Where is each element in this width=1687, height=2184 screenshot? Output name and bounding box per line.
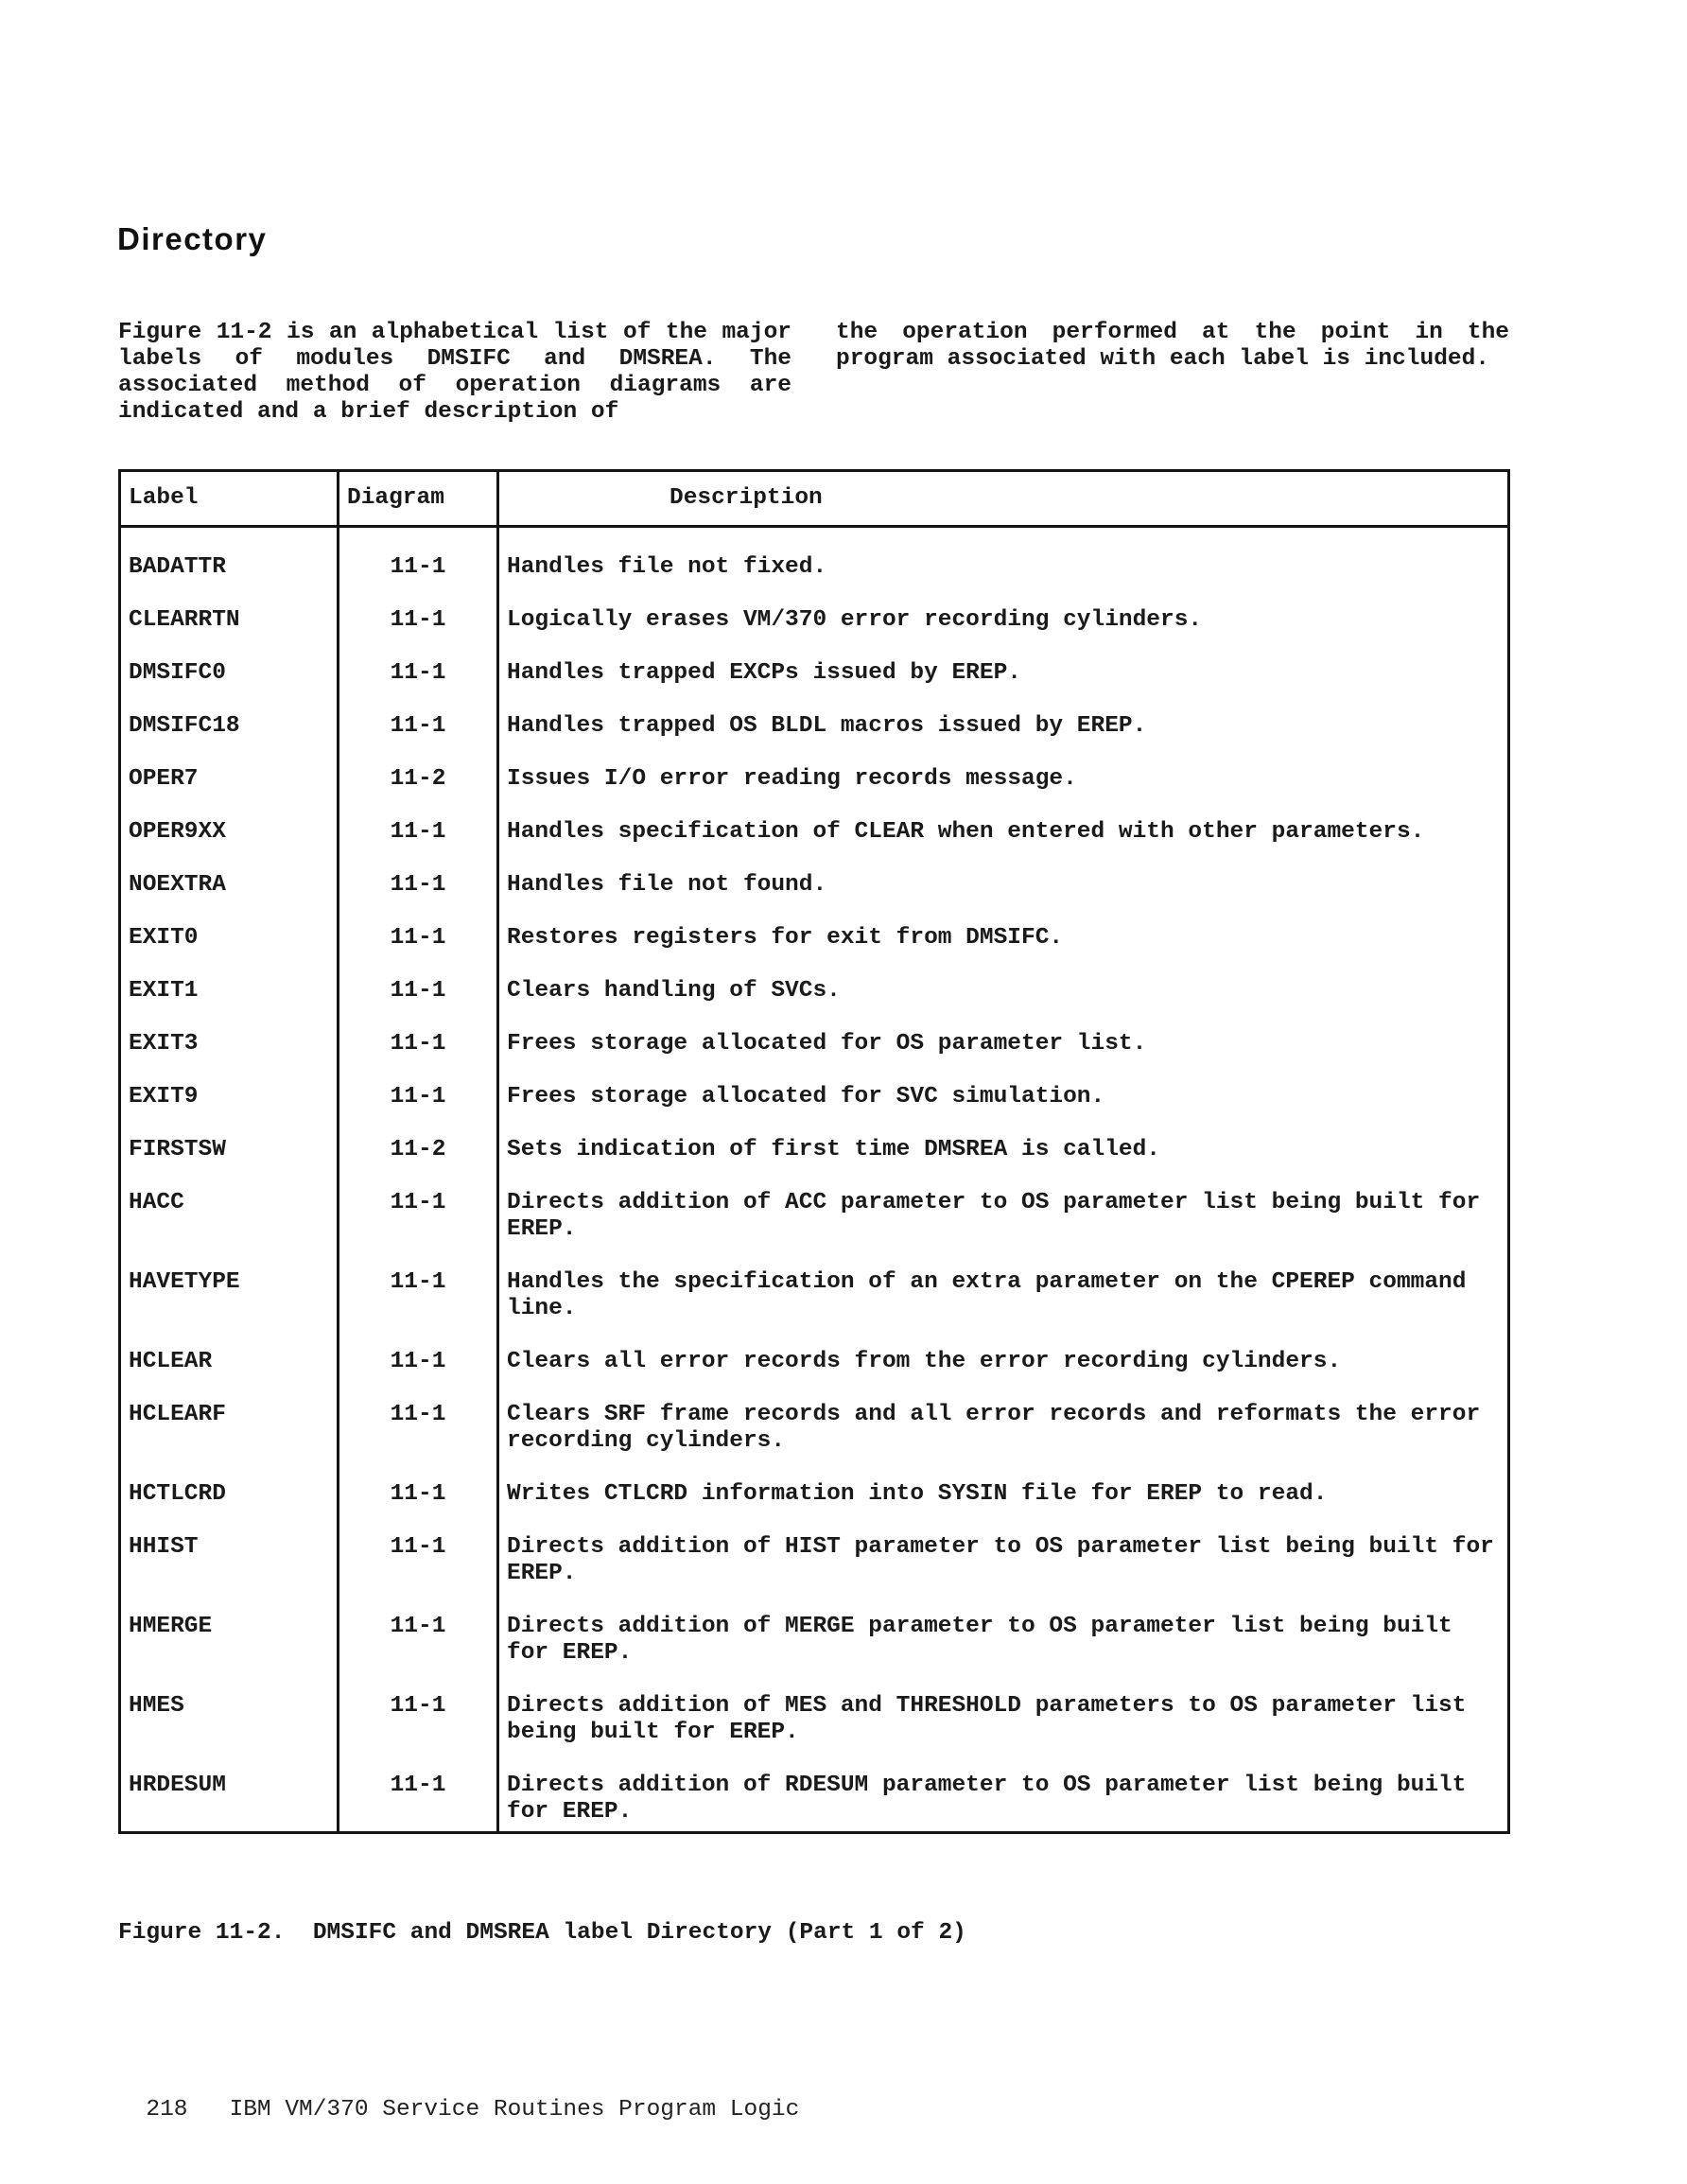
row-label: HACC <box>120 1163 339 1243</box>
page-footer: 218IBM VM/370 Service Routines Program L… <box>118 2071 799 2123</box>
row-label: EXIT1 <box>120 952 339 1005</box>
row-label: EXIT9 <box>120 1057 339 1110</box>
row-diagram: 11-1 <box>339 1005 498 1057</box>
row-diagram: 11-1 <box>339 846 498 899</box>
row-diagram: 11-2 <box>339 740 498 793</box>
row-diagram: 11-1 <box>339 1746 498 1833</box>
row-diagram: 11-1 <box>339 793 498 846</box>
table-row: EXIT111-1Clears handling of SVCs. <box>120 952 1509 1005</box>
table-row: HMERGE11-1Directs addition of MERGE para… <box>120 1587 1509 1667</box>
table-row: EXIT911-1Frees storage allocated for SVC… <box>120 1057 1509 1110</box>
row-label: HAVETYPE <box>120 1243 339 1322</box>
row-description: Handles the specification of an extra pa… <box>498 1243 1509 1322</box>
row-description: Handles trapped EXCPs issued by EREP. <box>498 634 1509 687</box>
row-label: EXIT3 <box>120 1005 339 1057</box>
table-row: HAVETYPE11-1Handles the specification of… <box>120 1243 1509 1322</box>
row-diagram: 11-1 <box>339 634 498 687</box>
row-label: HRDESUM <box>120 1746 339 1833</box>
row-label: NOEXTRA <box>120 846 339 899</box>
row-label: DMSIFC0 <box>120 634 339 687</box>
page-title: Directory <box>117 221 267 257</box>
table-row: OPER711-2Issues I/O error reading record… <box>120 740 1509 793</box>
row-diagram: 11-1 <box>339 687 498 740</box>
row-diagram: 11-1 <box>339 1508 498 1587</box>
table-row: EXIT311-1Frees storage allocated for OS … <box>120 1005 1509 1057</box>
row-description: Issues I/O error reading records message… <box>498 740 1509 793</box>
row-diagram: 11-1 <box>339 1243 498 1322</box>
table-row: CLEARRTN11-1Logically erases VM/370 erro… <box>120 581 1509 634</box>
row-label: FIRSTSW <box>120 1110 339 1163</box>
row-diagram: 11-1 <box>339 1455 498 1508</box>
row-description: Clears all error records from the error … <box>498 1322 1509 1375</box>
header-label: Label <box>120 471 339 527</box>
row-description: Frees storage allocated for OS parameter… <box>498 1005 1509 1057</box>
row-label: HHIST <box>120 1508 339 1587</box>
table-row: NOEXTRA11-1Handles file not found. <box>120 846 1509 899</box>
row-label: CLEARRTN <box>120 581 339 634</box>
page-number: 218 <box>146 2097 187 2123</box>
row-label: OPER9XX <box>120 793 339 846</box>
row-diagram: 11-1 <box>339 527 498 582</box>
row-diagram: 11-1 <box>339 1375 498 1455</box>
row-description: Logically erases VM/370 error recording … <box>498 581 1509 634</box>
book-title: IBM VM/370 Service Routines Program Logi… <box>230 2097 800 2123</box>
table-row: HACC11-1Directs addition of ACC paramete… <box>120 1163 1509 1243</box>
row-label: HCLEARF <box>120 1375 339 1455</box>
table-row: DMSIFC011-1Handles trapped EXCPs issued … <box>120 634 1509 687</box>
header-diagram: Diagram <box>339 471 498 527</box>
table-header-row: Label Diagram Description <box>120 471 1509 527</box>
table-row: BADATTR11-1Handles file not fixed. <box>120 527 1509 582</box>
row-label: EXIT0 <box>120 899 339 952</box>
intro-paragraph-right: the operation performed at the point in … <box>836 320 1509 373</box>
row-description: Handles specification of CLEAR when ente… <box>498 793 1509 846</box>
row-description: Clears handling of SVCs. <box>498 952 1509 1005</box>
table-row: HHIST11-1Directs addition of HIST parame… <box>120 1508 1509 1587</box>
row-label: HCTLCRD <box>120 1455 339 1508</box>
table-row: DMSIFC1811-1Handles trapped OS BLDL macr… <box>120 687 1509 740</box>
row-description: Directs addition of HIST parameter to OS… <box>498 1508 1509 1587</box>
row-diagram: 11-1 <box>339 952 498 1005</box>
row-diagram: 11-1 <box>339 1322 498 1375</box>
table-row: OPER9XX11-1Handles specification of CLEA… <box>120 793 1509 846</box>
header-description: Description <box>498 471 1509 527</box>
table-row: HRDESUM11-1Directs addition of RDESUM pa… <box>120 1746 1509 1833</box>
row-label: DMSIFC18 <box>120 687 339 740</box>
row-description: Handles file not fixed. <box>498 527 1509 582</box>
row-diagram: 11-1 <box>339 1163 498 1243</box>
row-description: Handles file not found. <box>498 846 1509 899</box>
row-description: Clears SRF frame records and all error r… <box>498 1375 1509 1455</box>
figure-caption: Figure 11-2. DMSIFC and DMSREA label Dir… <box>118 1920 966 1946</box>
row-label: HMES <box>120 1667 339 1746</box>
row-diagram: 11-1 <box>339 1057 498 1110</box>
row-label: OPER7 <box>120 740 339 793</box>
row-label: BADATTR <box>120 527 339 582</box>
table-row: HCTLCRD11-1Writes CTLCRD information int… <box>120 1455 1509 1508</box>
row-diagram: 11-1 <box>339 1667 498 1746</box>
row-label: HMERGE <box>120 1587 339 1667</box>
row-label: HCLEAR <box>120 1322 339 1375</box>
label-directory-table: Label Diagram Description BADATTR11-1Han… <box>118 469 1510 1834</box>
row-diagram: 11-1 <box>339 581 498 634</box>
table-body: BADATTR11-1Handles file not fixed.CLEARR… <box>120 527 1509 1833</box>
row-diagram: 11-1 <box>339 899 498 952</box>
table-row: HCLEARF11-1Clears SRF frame records and … <box>120 1375 1509 1455</box>
row-diagram: 11-1 <box>339 1587 498 1667</box>
table-row: EXIT011-1Restores registers for exit fro… <box>120 899 1509 952</box>
row-diagram: 11-2 <box>339 1110 498 1163</box>
row-description: Frees storage allocated for SVC simulati… <box>498 1057 1509 1110</box>
row-description: Directs addition of MES and THRESHOLD pa… <box>498 1667 1509 1746</box>
table-row: HMES11-1Directs addition of MES and THRE… <box>120 1667 1509 1746</box>
row-description: Handles trapped OS BLDL macros issued by… <box>498 687 1509 740</box>
intro-paragraph-left: Figure 11-2 is an alphabetical list of t… <box>118 320 791 426</box>
row-description: Sets indication of first time DMSREA is … <box>498 1110 1509 1163</box>
row-description: Directs addition of RDESUM parameter to … <box>498 1746 1509 1833</box>
row-description: Directs addition of ACC parameter to OS … <box>498 1163 1509 1243</box>
row-description: Restores registers for exit from DMSIFC. <box>498 899 1509 952</box>
row-description: Directs addition of MERGE parameter to O… <box>498 1587 1509 1667</box>
row-description: Writes CTLCRD information into SYSIN fil… <box>498 1455 1509 1508</box>
table-row: HCLEAR11-1Clears all error records from … <box>120 1322 1509 1375</box>
table-row: FIRSTSW11-2Sets indication of first time… <box>120 1110 1509 1163</box>
